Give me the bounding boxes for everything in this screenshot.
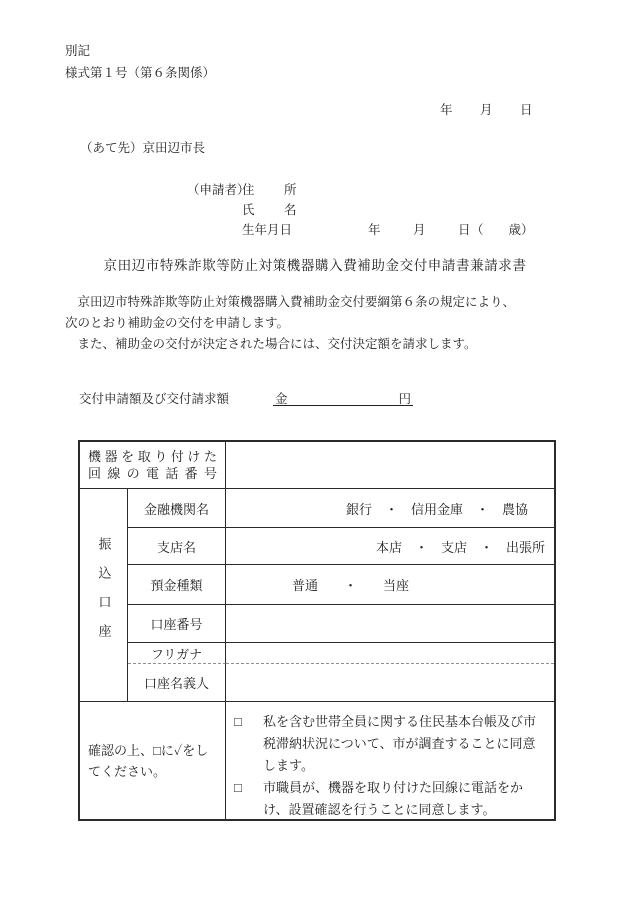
form-number: 様式第１号（第６条関係） [65, 63, 215, 81]
deposit-type-field[interactable]: 普通 ・ 当座 [226, 565, 554, 605]
amount-label: 交付申請額及び交付請求額 [79, 389, 229, 407]
consent-checkbox-list: □ 私を含む世帯全員に関する住民基本台帳及び市税滞納状況について、市が調査するこ… [226, 702, 554, 819]
amount-input-field[interactable]: 金 円 [273, 389, 413, 406]
name-label-right: 名 [284, 200, 297, 218]
furigana-field[interactable] [226, 643, 554, 664]
consent-text-1: 私を含む世帯全員に関する住民基本台帳及び市税滞納状況について、市が調査することに… [263, 711, 543, 777]
birth-year-label: 年 [368, 220, 381, 238]
applicant-name-line: 氏 名 [0, 200, 630, 216]
account-holder-field[interactable] [226, 664, 554, 702]
deposit-type-label: 預金種類 [128, 565, 226, 605]
branch-name-field[interactable]: 本店 ・ 支店 ・ 出張所 [226, 528, 554, 565]
applicant-birthdate-line: 生年月日 年 月 日 （ 歳） [0, 220, 630, 236]
confirm-instruction-cell: 確認の上、□に✓をしてください。 [80, 702, 226, 819]
document-title: 京田辺市特殊詐欺等防止対策機器購入費補助金交付申請書兼請求書 [0, 254, 630, 274]
address-label-right: 所 [284, 180, 297, 198]
birth-age-label: （ 歳） [471, 220, 534, 238]
date-year-label: 年 [440, 100, 453, 118]
consent-item-2: □ 市職員が、機器を取り付けた回線に電話をかけ、設置確認を行うことに同意します。 [234, 777, 543, 819]
consent-text-2: 市職員が、機器を取り付けた回線に電話をかけ、設置確認を行うことに同意します。 [263, 777, 543, 819]
branch-name-label: 支店名 [128, 528, 226, 565]
name-label-left: 氏 [242, 200, 255, 218]
body-paragraph-2: また、補助金の交付が決定された場合には、交付決定額を請求します。 [65, 334, 517, 355]
body-text: 京田辺市特殊詐欺等防止対策機器購入費補助金交付要綱第６条の規定により、次のとおり… [65, 292, 517, 355]
account-holder-label: 口座名義人 [128, 664, 226, 702]
phone-number-field[interactable] [226, 442, 554, 489]
phone-label-line2: 回線の電話番号 [88, 465, 217, 482]
account-number-field[interactable] [226, 605, 554, 643]
confirm-instruction-text: 確認の上、□に✓をしてください。 [88, 740, 217, 782]
phone-label-line1: 機器を取り付けた [88, 448, 217, 465]
bank-account-group-label: 振込口座 [80, 489, 128, 702]
furigana-label: フリガナ [128, 643, 226, 664]
bank-name-field[interactable]: 銀行 ・ 信用金庫 ・ 農協 [226, 489, 554, 528]
date-day-label: 日 [520, 100, 533, 118]
applicant-address-line: 住 所 [0, 180, 630, 196]
form-annotation-note: 別記 [65, 41, 90, 59]
checkbox-icon-1[interactable]: □ [234, 711, 263, 733]
bank-account-group-text: 振込口座 [80, 537, 128, 653]
date-month-label: 月 [480, 100, 493, 118]
addressee: （あて先）京田辺市長 [80, 138, 205, 156]
document-page: 別記 様式第１号（第６条関係） 年 月 日 （あて先）京田辺市長 （申請者） 住… [0, 0, 630, 903]
account-number-label: 口座番号 [128, 605, 226, 643]
phone-row-label: 機器を取り付けた 回線の電話番号 [80, 442, 226, 489]
birth-month-label: 月 [413, 220, 426, 238]
amount-suffix: 円 [398, 389, 411, 405]
consent-item-1: □ 私を含む世帯全員に関する住民基本台帳及び市税滞納状況について、市が調査するこ… [234, 711, 543, 777]
birth-day-label: 日 [458, 220, 471, 238]
bank-name-label: 金融機関名 [128, 489, 226, 528]
amount-prefix: 金 [275, 389, 288, 405]
amount-line: 交付申請額及び交付請求額 金 円 [0, 389, 630, 409]
birthdate-label: 生年月日 [242, 220, 292, 238]
application-table: 機器を取り付けた 回線の電話番号 振込口座 金融機関名 銀行 ・ 信用金庫 ・ … [78, 440, 556, 821]
address-label-left: 住 [242, 180, 255, 198]
body-paragraph-1: 京田辺市特殊詐欺等防止対策機器購入費補助金交付要綱第６条の規定により、次のとおり… [65, 292, 517, 334]
checkbox-icon-2[interactable]: □ [234, 777, 263, 799]
date-line: 年 月 日 [0, 100, 630, 116]
